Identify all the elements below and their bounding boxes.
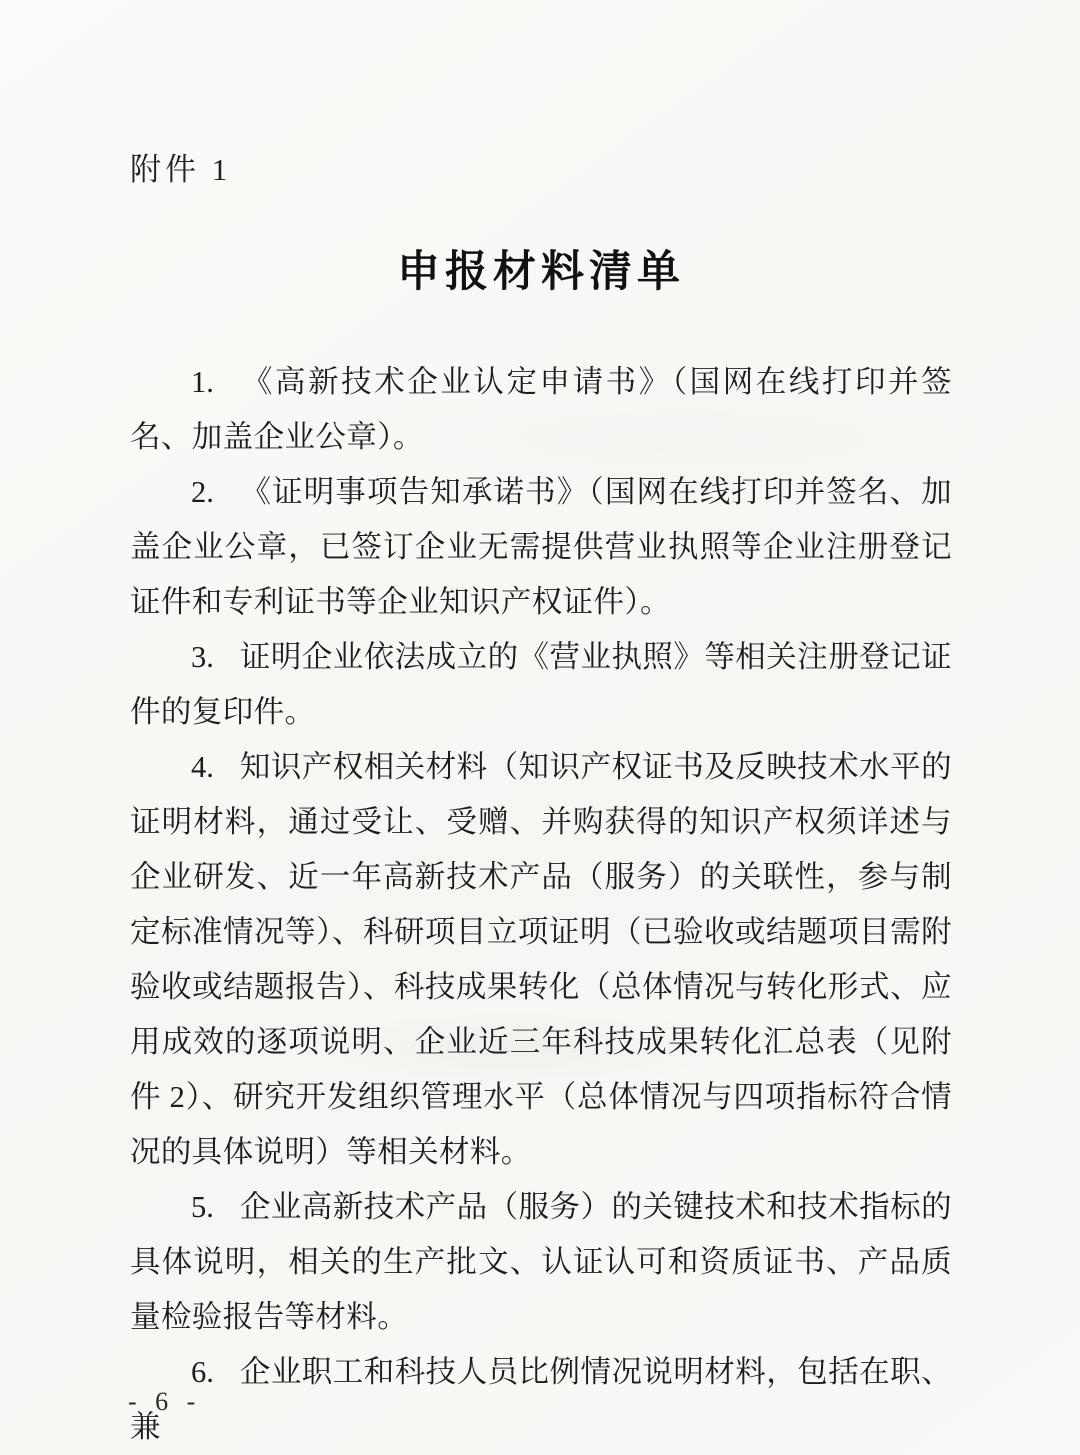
list-item-5: 5.企业高新技术产品（服务）的关键技术和技术指标的具体说明，相关的生产批文、认证… xyxy=(130,1180,952,1345)
attachment-label: 附件 1 xyxy=(130,148,952,192)
list-item-6: 6.企业职工和科技人员比例情况说明材料，包括在职、兼 xyxy=(130,1345,952,1455)
list-item-1: 1.《高新技术企业认定申请书》（国网在线打印并签名、加盖企业公章）。 xyxy=(130,355,952,465)
item-number: 1. xyxy=(191,355,214,410)
item-text: 知识产权相关材料（知识产权证书及反映技术水平的证明材料，通过受让、受赠、并购获得… xyxy=(130,750,952,1169)
item-text: 企业高新技术产品（服务）的关键技术和技术指标的具体说明，相关的生产批文、认证认可… xyxy=(130,1190,952,1334)
list-item-3: 3.证明企业依法成立的《营业执照》等相关注册登记证件的复印件。 xyxy=(130,630,952,740)
list-item-4: 4.知识产权相关材料（知识产权证书及反映技术水平的证明材料，通过受让、受赠、并购… xyxy=(130,740,952,1180)
item-text: 《证明事项告知承诺书》（国网在线打印并签名、加盖企业公章，已签订企业无需提供营业… xyxy=(130,475,952,619)
document-content: 附件 1 申报材料清单 1.《高新技术企业认定申请书》（国网在线打印并签名、加盖… xyxy=(130,148,952,1455)
item-text: 《高新技术企业认定申请书》（国网在线打印并签名、加盖企业公章）。 xyxy=(130,365,952,454)
document-title: 申报材料清单 xyxy=(130,238,952,299)
list-item-2: 2.《证明事项告知承诺书》（国网在线打印并签名、加盖企业公章，已签订企业无需提供… xyxy=(130,465,952,630)
page-number-footer: - 6 - xyxy=(128,1387,201,1417)
item-number: 2. xyxy=(191,465,214,520)
item-number: 5. xyxy=(191,1180,214,1235)
item-text: 企业职工和科技人员比例情况说明材料，包括在职、兼 xyxy=(130,1355,952,1444)
item-text: 证明企业依法成立的《营业执照》等相关注册登记证件的复印件。 xyxy=(130,640,952,729)
document-page: 附件 1 申报材料清单 1.《高新技术企业认定申请书》（国网在线打印并签名、加盖… xyxy=(0,0,1080,1455)
item-number: 4. xyxy=(191,740,214,795)
item-number: 3. xyxy=(191,630,214,685)
